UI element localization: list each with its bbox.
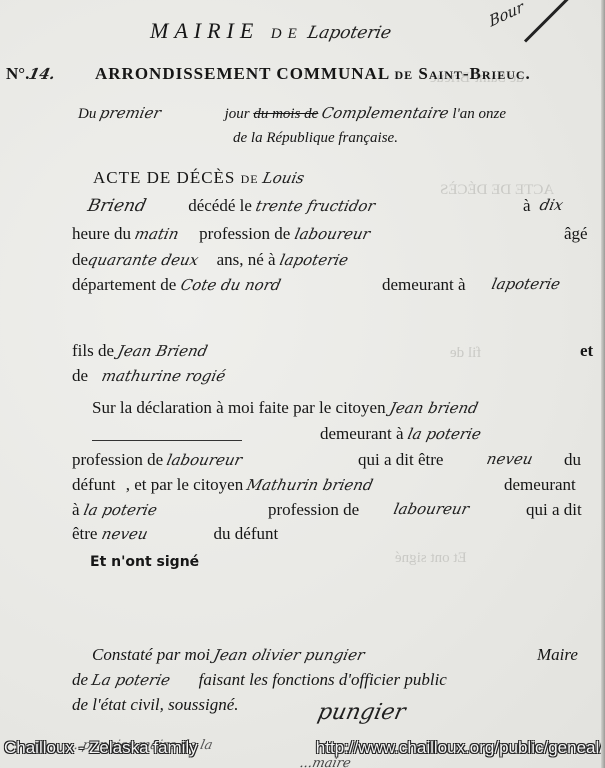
declarant2-relation-handwritten: neveu (100, 525, 149, 543)
etre-label: être (72, 524, 97, 543)
mother-handwritten: mathurine rogié (100, 367, 227, 385)
ans-label: ans, né à (217, 250, 276, 269)
bleed-through-text: Et ont signé (395, 550, 467, 567)
day-handwritten: premier (98, 104, 163, 122)
etat-civil-line: de l'état civil, soussigné. (72, 695, 239, 715)
mairie-label: MAIRIE de (150, 18, 303, 43)
watermark-owner: Chailloux - Zelaska family (4, 738, 198, 758)
signed-line: Et n'ont signé (90, 551, 199, 571)
first-name-handwritten: Louis (261, 169, 306, 187)
declarant1-residence-handwritten: la poterie (406, 425, 483, 443)
declaration-intro-line: Sur la déclaration à moi faite par le ci… (92, 398, 478, 418)
a-label: à (72, 500, 80, 519)
watermark: Chailloux - Zelaska family http://www.ch… (4, 738, 604, 758)
residence-handwritten: lapoterie (490, 275, 562, 293)
relation-label: qui a dit (526, 500, 582, 520)
watermark-url: http://www.chailloux.org/public/geneal/ (316, 738, 604, 758)
signed-label: Et n'ont signé (90, 554, 199, 570)
death-date-handwritten: trente fructidor (254, 197, 377, 215)
declarant2-profession-line: à la poterie profession de laboureur qui… (72, 500, 597, 520)
departement-label: département de (72, 275, 176, 294)
age-label: âgé (564, 224, 588, 244)
deceased-line: Briend décédé le trente fructidor à dix (88, 196, 588, 216)
mairie-heading: MAIRIE de Lapoterie (150, 18, 391, 44)
page-edge (601, 0, 605, 768)
mayor-handwritten: Jean olivier pungier (212, 646, 366, 664)
declarant2-relation-line: être neveu du défunt (72, 524, 278, 544)
republic-label: de la République française. (233, 130, 398, 146)
declaration-intro: Sur la déclaration à moi faite par le ci… (92, 398, 386, 417)
commune-handwritten: Lapoterie (306, 23, 393, 43)
corner-pen-stroke (524, 0, 576, 43)
record-number: N°.14. (6, 64, 55, 84)
demeurant-label: demeurant à (382, 275, 466, 295)
number-prefix: N°. (6, 64, 29, 83)
declarant1-relation-handwritten: neveu (485, 450, 534, 468)
departement-line: département de Cote du nord demeurant à … (72, 275, 597, 295)
profession-handwritten: laboureur (293, 225, 372, 243)
demeurant-label: demeurant à (320, 424, 404, 443)
du-defunt-label: du défunt (214, 524, 279, 543)
hour-line: heure du matin profession de laboureur â… (72, 224, 597, 244)
acte-title: ACTE DE DÉCÈS de (93, 168, 259, 187)
struck-text: du mois de (253, 106, 318, 122)
a-label: à (523, 196, 531, 216)
corner-annotation: Bour (486, 0, 528, 31)
age-handwritten: quarante deux (86, 251, 200, 269)
month-handwritten: Complementaire (320, 104, 450, 122)
commune-handwritten: La poterie (90, 671, 172, 689)
fils-label: fils de (72, 341, 114, 360)
du-label: Du (78, 106, 96, 122)
birthplace-handwritten: lapoterie (278, 251, 350, 269)
number-handwritten: 14. (27, 65, 57, 83)
jour-label: jour (225, 106, 250, 122)
etat-civil-label: de l'état civil, soussigné. (72, 695, 239, 714)
age-line: dequarante deux ans, né à lapoterie (72, 250, 348, 270)
declarant2-profession-handwritten: laboureur (392, 500, 471, 518)
time-handwritten: matin (133, 225, 180, 243)
heure-label: heure du (72, 224, 131, 243)
profession-label: profession de (72, 450, 163, 469)
declarant1-residence-line: demeurant à la poterie (320, 424, 481, 444)
et-par-label: , et par le citoyen (126, 475, 244, 494)
et-label: et (580, 341, 593, 361)
father-line: fils de Jean Briend et (72, 341, 597, 361)
mayor-signature: pungier (318, 700, 405, 725)
constate-label: Constaté par moi (92, 645, 210, 664)
constate-line: Constaté par moi Jean olivier pungier Ma… (92, 645, 597, 665)
departement-handwritten: Cote du nord (179, 276, 283, 294)
fonctions-line: de La poterie faisant les fonctions d'of… (72, 670, 447, 690)
declarant1-handwritten: Jean briend (388, 399, 480, 417)
declarant1-profession-line: profession de laboureur qui a dit être n… (72, 450, 597, 470)
maire-label: Maire (537, 645, 578, 665)
profession-label: profession de (199, 224, 290, 243)
profession-label: profession de (268, 500, 359, 520)
father-handwritten: Jean Briend (116, 342, 209, 360)
republic-line: de la République française. (233, 130, 398, 147)
declarant1-profession-handwritten: laboureur (165, 451, 244, 469)
document-scan: de Saint-Brieuc ACTE DE DÉCÈS fil de Et … (0, 0, 605, 768)
arrondissement-label: ARRONDISSEMENT COMMUNAL de Saint-Brieuc. (95, 64, 531, 83)
corner-handwritten: Bour (488, 0, 526, 31)
declarant2-residence-handwritten: la poterie (82, 501, 159, 519)
surname-handwritten: Briend (86, 196, 148, 216)
de-label: de (72, 670, 88, 689)
signature-handwritten: pungier (315, 700, 407, 725)
du-label: du (564, 450, 581, 470)
demeurant-label: demeurant (504, 475, 576, 495)
hour-handwritten: dix (538, 196, 565, 214)
year-label: l'an onze (452, 106, 506, 122)
fonctions-label: faisant les fonctions d'officier public (199, 670, 447, 689)
relation-label: qui a dit être (358, 450, 443, 470)
de-label: de (72, 366, 88, 385)
declarant2-handwritten: Mathurin briend (246, 476, 376, 494)
blank-rule (92, 440, 242, 441)
date-line: Du premier jour du mois de Complementair… (78, 104, 506, 123)
declarant2-line: défunt , et par le citoyen Mathurin brie… (72, 475, 597, 495)
mother-line: de mathurine rogié (72, 366, 226, 386)
acte-title-line: ACTE DE DÉCÈS de Louis (93, 168, 304, 188)
arrondissement-heading: ARRONDISSEMENT COMMUNAL de Saint-Brieuc. (95, 64, 531, 84)
decede-label: décédé le (188, 196, 252, 215)
defunt-label: défunt (72, 475, 115, 494)
